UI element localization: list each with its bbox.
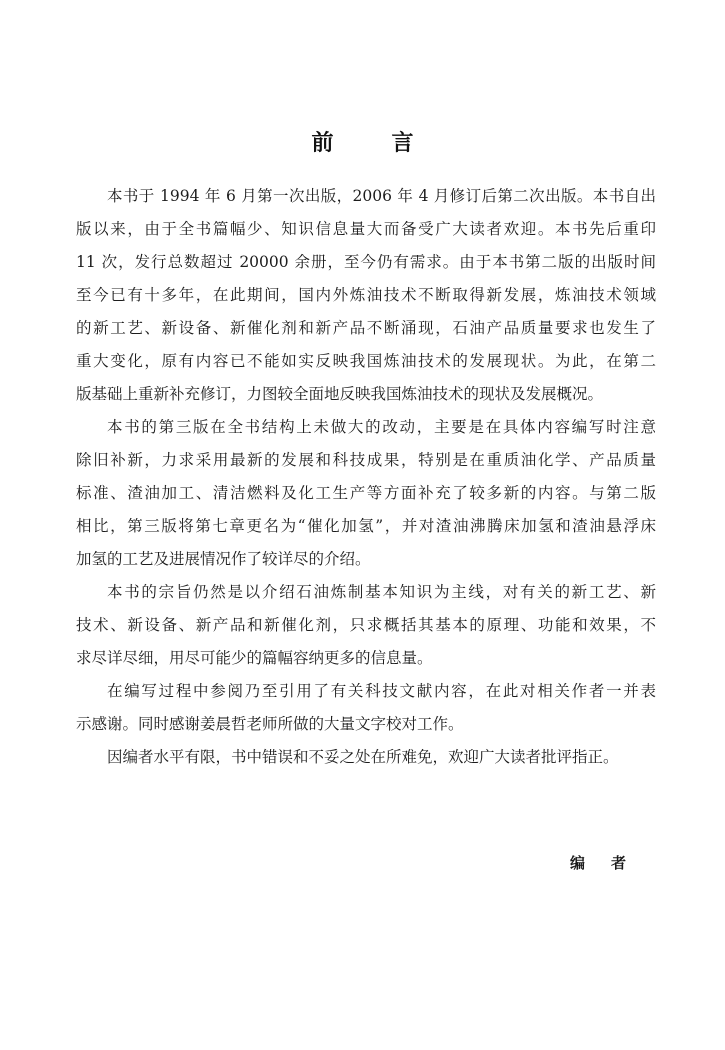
paragraph-4-line-2: 示感谢。同时感谢姜晨哲老师所做的大量文字校对工作。 [76, 708, 656, 741]
paragraph-4-line-1: 在编写过程中参阅乃至引用了有关科技文献内容，在此对相关作者一并表 [76, 675, 656, 708]
signature-char-2: 者 [611, 854, 626, 872]
document-page: 前言 本书于 1994 年 6 月第一次出版，2006 年 4 月修订后第二次出… [0, 0, 725, 1050]
paragraph-2-line-4: 相比，第三版将第七章更名为“催化加氢”，并对渣油沸腾床加氢和渣油悬浮床 [76, 510, 656, 543]
page-title: 前言 [0, 126, 725, 157]
paragraph-1-line-1: 本书于 1994 年 6 月第一次出版，2006 年 4 月修订后第二次出版。本… [76, 180, 656, 213]
paragraph-2-line-5: 加氢的工艺及进展情况作了较详尽的介绍。 [76, 543, 656, 576]
paragraph-1-line-6: 重大变化，原有内容已不能如实反映我国炼油技术的发展现状。为此，在第二 [76, 345, 656, 378]
paragraph-2-line-2: 除旧补新，力求采用最新的发展和科技成果，特别是在重质油化学、产品质量 [76, 444, 656, 477]
paragraph-3-line-3: 求尽详尽细，用尽可能少的篇幅容纳更多的信息量。 [76, 642, 656, 675]
paragraph-3-line-2: 技术、新设备、新产品和新催化剂，只求概括其基本的原理、功能和效果，不 [76, 609, 656, 642]
author-signature: 编者 [570, 852, 626, 873]
paragraph-1-line-2: 版以来，由于全书篇幅少、知识信息量大而备受广大读者欢迎。本书先后重印 [76, 213, 656, 246]
paragraph-1-line-5: 的新工艺、新设备、新催化剂和新产品不断涌现，石油产品质量要求也发生了 [76, 312, 656, 345]
paragraph-1-line-4: 至今已有十多年，在此期间，国内外炼油技术不断取得新发展，炼油技术领域 [76, 279, 656, 312]
paragraph-1-line-3: 11 次，发行总数超过 20000 余册，至今仍有需求。由于本书第二版的出版时间 [76, 246, 656, 279]
preface-body: 本书于 1994 年 6 月第一次出版，2006 年 4 月修订后第二次出版。本… [76, 180, 656, 774]
paragraph-3-line-1: 本书的宗旨仍然是以介绍石油炼制基本知识为主线，对有关的新工艺、新 [76, 576, 656, 609]
title-char-1: 前 [311, 126, 333, 157]
paragraph-2-line-3: 标准、渣油加工、清洁燃料及化工生产等方面补充了较多新的内容。与第二版 [76, 477, 656, 510]
paragraph-2-line-1: 本书的第三版在全书结构上未做大的改动，主要是在具体内容编写时注意 [76, 411, 656, 444]
signature-char-1: 编 [570, 854, 585, 872]
paragraph-1-line-7: 版基础上重新补充修订，力图较全面地反映我国炼油技术的现状及发展概况。 [76, 378, 656, 411]
title-char-2: 言 [392, 126, 414, 157]
paragraph-5-line-1: 因编者水平有限，书中错误和不妥之处在所难免，欢迎广大读者批评指正。 [76, 741, 656, 774]
